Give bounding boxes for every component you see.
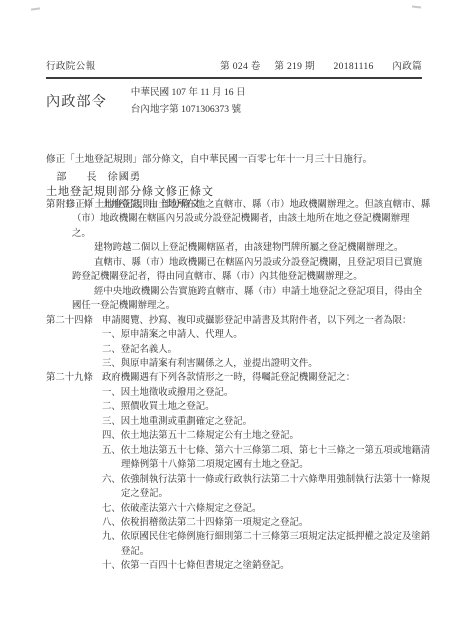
article-29-item: 五、依土地法第五十七條、第六十三條第二項、第七十三條之一第五項或地籍清 (46, 444, 432, 458)
order-block: 內政部令 中華民國 107 年 11 月 16 日 台內地字第 10713063… (46, 84, 246, 118)
crop-mark-left (31, 7, 40, 10)
article-29-item: 十、依第一百四十七條但書規定之塗銷登記。 (46, 559, 432, 573)
article-3-line: 之。 (46, 227, 432, 241)
article-24-first-line: 申請閱覽、抄寫、複印或攝影登記申請書及其附件者，以下列之一者為限： (102, 316, 411, 326)
article-29-item: 七、依破產法第六十六條規定之登記。 (46, 502, 432, 516)
crop-mark-right (412, 6, 421, 9)
section-name: 內政篇 (392, 61, 422, 72)
journal-title: 行政院公報 (46, 58, 95, 72)
article-3-line: （市）地政機關在轄區內另設或分設登記機關者，由該土地所在地之登記機關辦理 (46, 212, 432, 226)
article-3-line: 跨登記機關登記者，得由同直轄市、縣（市）內其他登記機關辦理之。 (46, 270, 432, 284)
article-24-number: 第二十四條 (46, 314, 102, 328)
order-date: 中華民國 107 年 11 月 16 日 (131, 84, 246, 101)
article-3-head: 第 三 條土地登記，由土地所在地之直轄市、縣（市）地政機關辦理之。但該直轄市、縣 (46, 198, 432, 212)
issue-date-code: 20181116 (334, 61, 374, 72)
article-29-item: 四、依土地法第五十二條規定公有土地之登記。 (46, 429, 432, 443)
article-24-item: 一、原申請案之申請人、代理人。 (46, 328, 432, 342)
article-24-head: 第二十四條申請閱覽、抄寫、複印或攝影登記申請書及其附件者，以下列之一者為限： (46, 314, 432, 328)
article-29-head: 第二十九條政府機關遇有下列各款情形之一時，得囑託登記機關登記之： (46, 371, 432, 385)
article-3-first-line: 土地登記，由土地所在地之直轄市、縣（市）地政機關辦理之。但該直轄市、縣 (102, 200, 430, 210)
article-29-item-continuation: 定之登記。 (46, 487, 432, 501)
order-number: 台內地字第 1071306373 號 (131, 101, 246, 118)
article-29-item: 二、照價收買土地之登記。 (46, 400, 432, 414)
article-29-item: 六、依強制執行法第十一條或行政執行法第二十六條準用強制執行法第十一條規 (46, 473, 432, 487)
masthead-issue-info: 第 024 卷 第 219 期 20181116 內政篇 (209, 58, 422, 72)
article-29-item: 八、依稅捐稽徵法第二十四條第一項規定之登記。 (46, 516, 432, 530)
article-29-first-line: 政府機關遇有下列各款情形之一時，得囑託登記機關登記之： (102, 373, 355, 383)
minister-title: 部 (56, 172, 66, 183)
article-29-item: 九、依原國民住宅條例施行細則第二十三條第三項規定法定抵押權之設定及塗銷 (46, 530, 432, 544)
article-29-number: 第二十九條 (46, 371, 102, 385)
gazette-page: 行政院公報 第 024 卷 第 219 期 20181116 內政篇 內政部令 … (0, 0, 452, 640)
document-title: 土地登記規則部分條文修正條文 (46, 183, 214, 199)
article-29-item: 三、因土地重測或重劃確定之登記。 (46, 415, 432, 429)
article-24-item: 二、登記名義人。 (46, 343, 432, 357)
masthead: 行政院公報 第 024 卷 第 219 期 20181116 內政篇 (46, 58, 422, 79)
article-29-item-continuation: 理條例第十八條第二項規定國有土地之登記。 (46, 458, 432, 472)
articles-body: 第 三 條土地登記，由土地所在地之直轄市、縣（市）地政機關辦理之。但該直轄市、縣… (46, 198, 432, 574)
article-3-line: 國任一登記機關辦理之。 (46, 299, 432, 313)
article-3-line: 經中央地政機關公告實施跨直轄市、縣（市）申請土地登記之登記項目，得由全 (46, 285, 432, 299)
article-3-line: 直轄市、縣（市）地政機關已在轄區內另設或分設登記機關，且登記項目已實施 (46, 256, 432, 270)
issue-number: 第 219 期 (274, 61, 314, 72)
article-24-item: 三、與原申請案有利害關係之人，並提出證明文件。 (46, 357, 432, 371)
article-29-item: 一、因土地徵收或撥用之登記。 (46, 386, 432, 400)
article-3-line: 建物跨越二個以上登記機關轄區者，由該建物門牌所屬之登記機關辦理之。 (46, 241, 432, 255)
article-3-number: 第 三 條 (46, 198, 102, 212)
volume-number: 第 024 卷 (220, 61, 260, 72)
order-title: 內政部令 (46, 91, 107, 111)
order-meta: 中華民國 107 年 11 月 16 日 台內地字第 1071306373 號 (131, 84, 246, 118)
minister-name: 徐國勇 (108, 172, 142, 183)
article-29-item-continuation: 登記。 (46, 545, 432, 559)
minister-post: 長 (86, 172, 96, 183)
